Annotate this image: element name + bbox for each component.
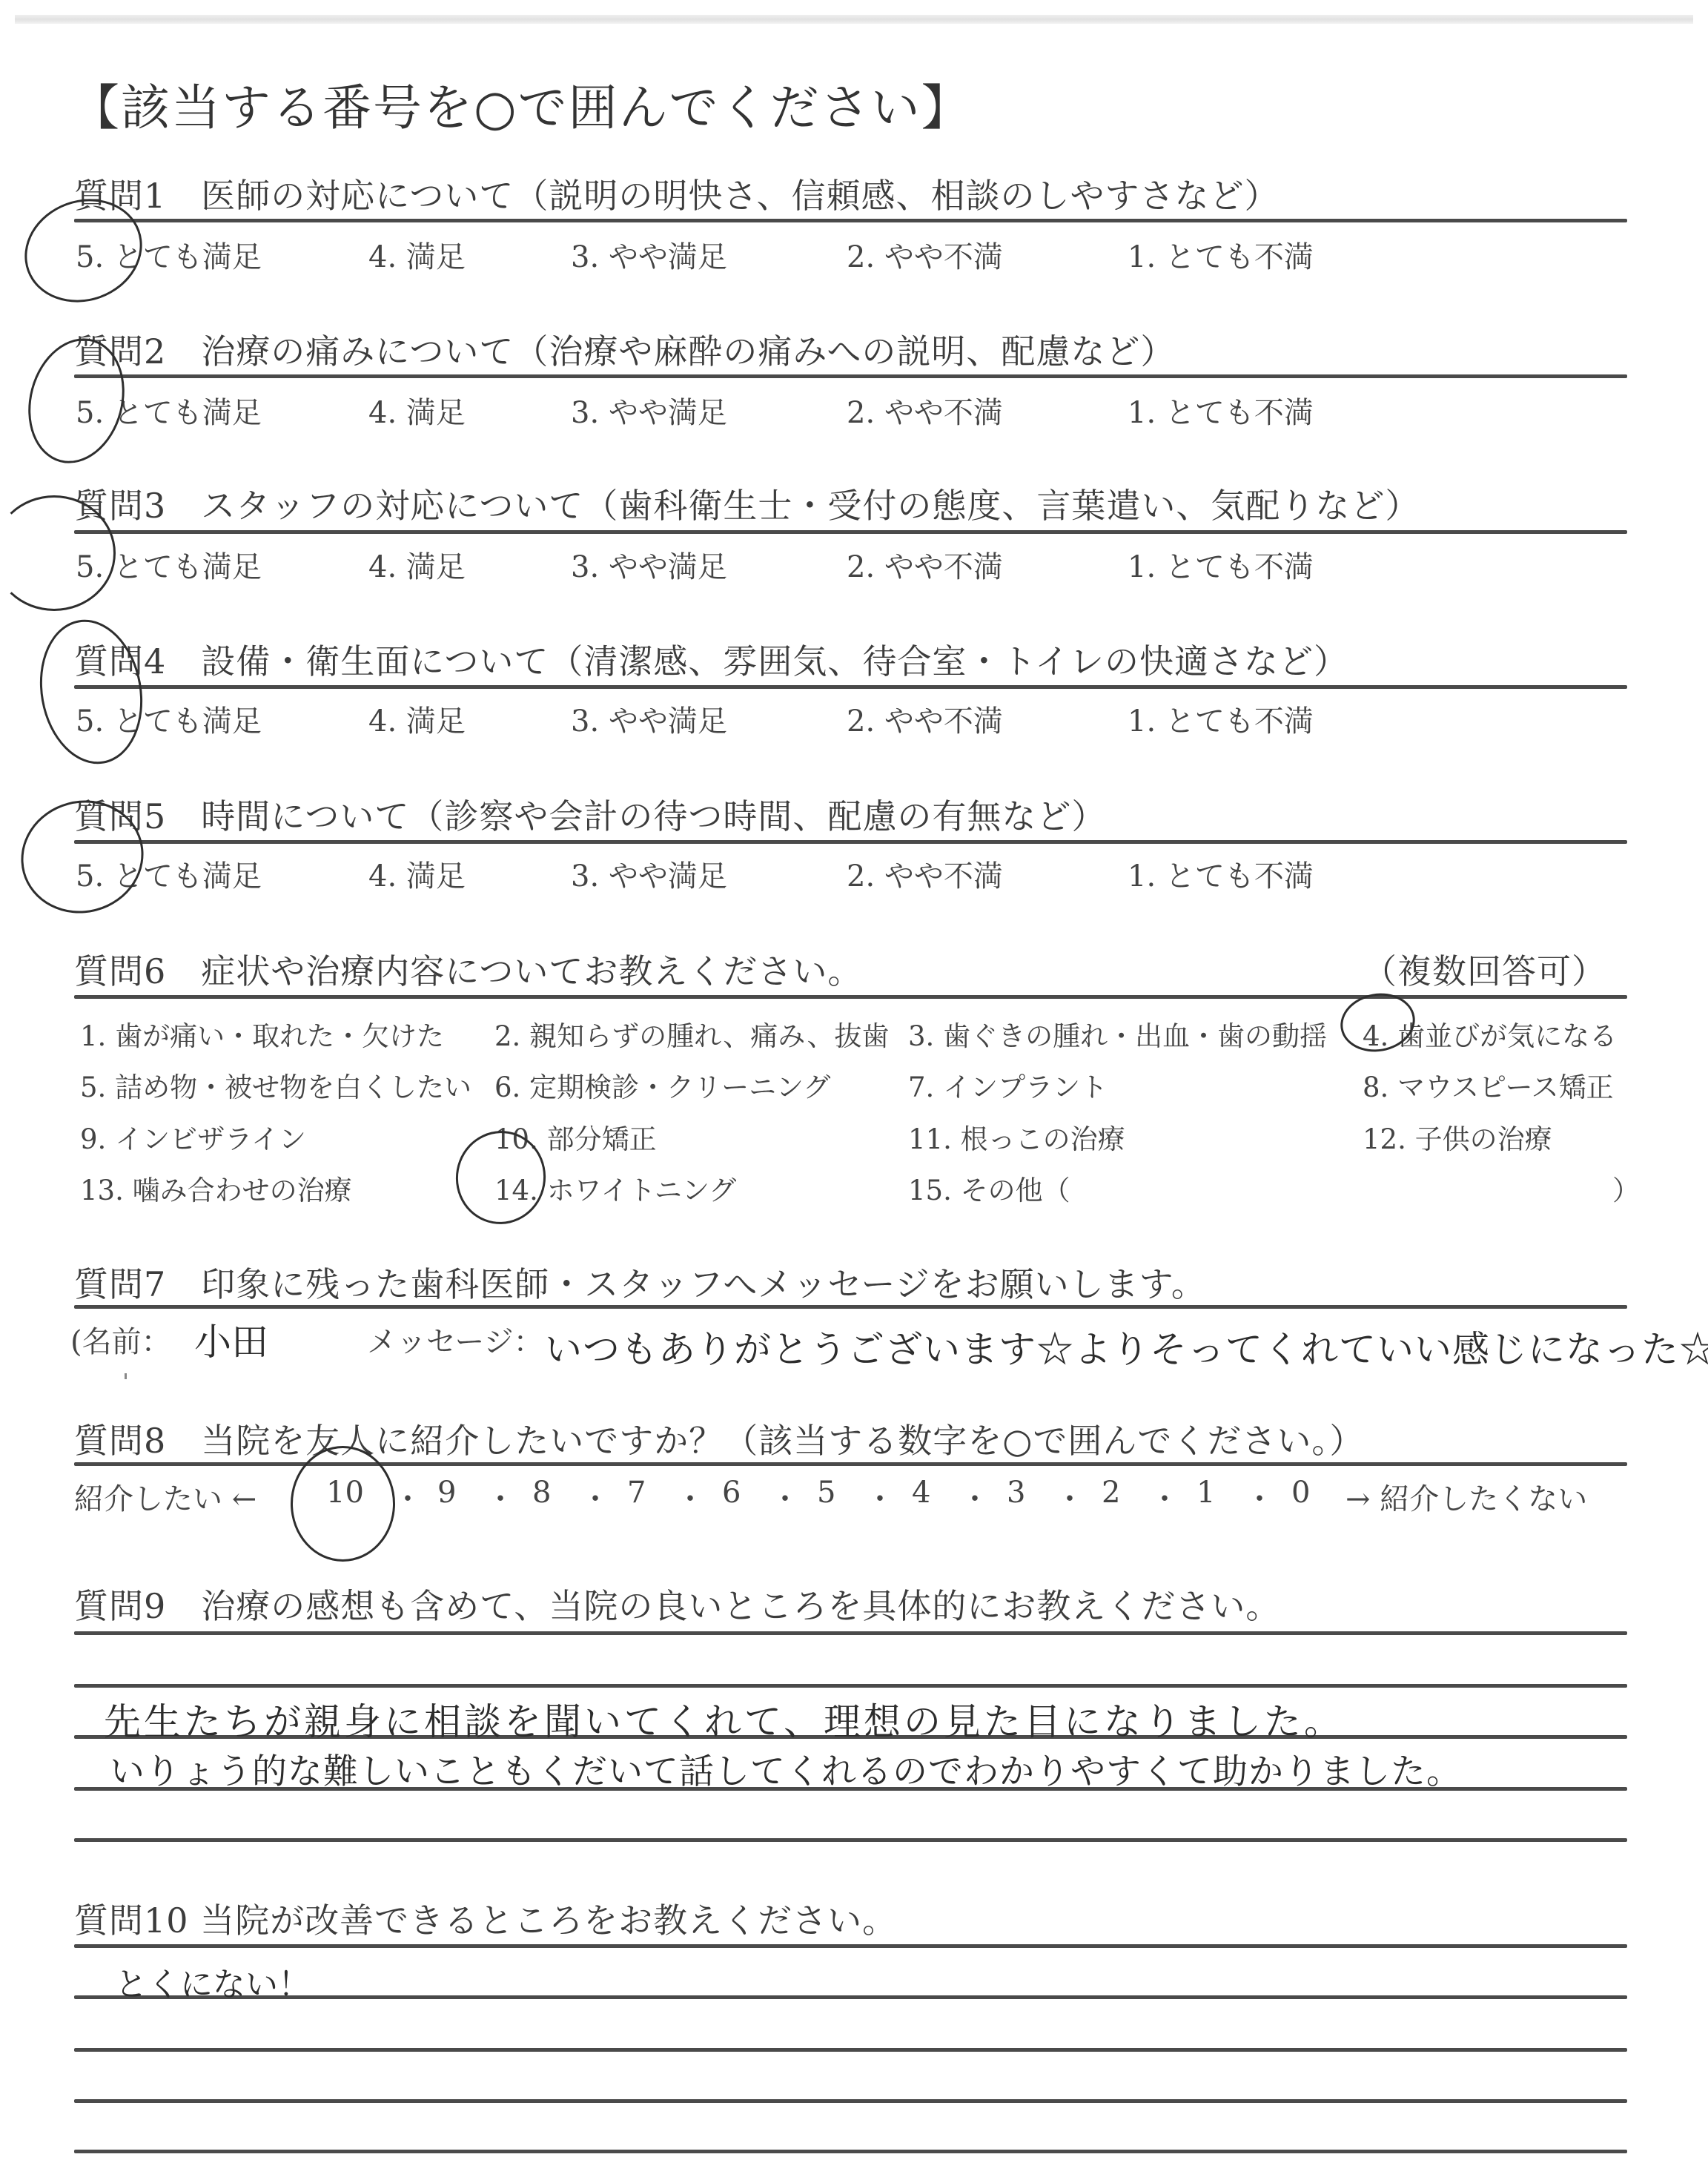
scan-speck <box>125 1373 127 1379</box>
q3-option-2[interactable]: 2. やや不満 <box>847 544 1003 586</box>
question-10-heading: 質問10 当院が改善できるところをお教えください。 <box>74 1894 897 1943</box>
q10-answer-line-1[interactable]: とくにない！ <box>115 1958 311 2005</box>
q5-option-2[interactable]: 2. やや不満 <box>847 853 1003 895</box>
question-10-rule-4 <box>74 2099 1627 2103</box>
q8-score-1[interactable]: 1 <box>1196 1476 1215 1510</box>
question-7-heading: 質問7 印象に残った歯科医師・スタッフへメッセージをお願いします。 <box>74 1258 1206 1307</box>
q7-name-value[interactable]: 小田 <box>194 1312 268 1366</box>
q8-separator: ・ <box>580 1476 610 1518</box>
q6-option-8[interactable]: 8. マウスピース矯正 <box>1363 1065 1614 1105</box>
q8-score-6[interactable]: 6 <box>722 1476 741 1510</box>
q6-option-1[interactable]: 1. 歯が痛い・取れた・欠けた <box>80 1014 444 1054</box>
q8-score-8[interactable]: 8 <box>532 1476 551 1510</box>
q7-message-value[interactable]: いつもありがとうございます☆よりそってくれていい感じになった☆ <box>545 1320 1708 1373</box>
question-5-heading: 質問5 時間について（診察や会計の待つ時間、配慮の有無など） <box>74 790 1106 839</box>
question-10-rule-3 <box>74 2048 1627 2052</box>
q2-option-1[interactable]: 1. とても不満 <box>1128 389 1314 432</box>
q8-score-0[interactable]: 0 <box>1291 1476 1310 1510</box>
q6-option-9[interactable]: 9. インビザライン <box>80 1117 306 1157</box>
q8-separator: ・ <box>770 1476 800 1518</box>
q8-separator: ・ <box>486 1476 515 1518</box>
q6-option-3[interactable]: 3. 歯ぐきの腫れ・出血・歯の動揺 <box>908 1014 1327 1054</box>
q8-separator: ・ <box>1150 1476 1179 1518</box>
q1-option-2[interactable]: 2. やや不満 <box>847 234 1003 276</box>
q7-message-label: メッセージ： <box>367 1318 543 1361</box>
q6-option-15-other[interactable]: 15. その他（ <box>908 1168 1070 1208</box>
q6-option-7[interactable]: 7. インプラント <box>908 1065 1108 1105</box>
q1-option-1[interactable]: 1. とても不満 <box>1128 234 1314 276</box>
q5-option-4[interactable]: 4. 満足 <box>368 853 466 895</box>
q2-option-4[interactable]: 4. 満足 <box>368 389 466 432</box>
q9-answer-line-2[interactable]: いりょう的な難しいこともくだいて話してくれるのでわかりやすくて助かりました。 <box>110 1744 1462 1794</box>
q8-score-4[interactable]: 4 <box>912 1476 930 1510</box>
q8-separator: ・ <box>393 1476 423 1518</box>
page-title: 【該当する番号を○で囲んでください】 <box>70 68 972 139</box>
q1-option-3[interactable]: 3. やや満足 <box>571 234 727 276</box>
q8-right-label: → 紹介したくない <box>1345 1476 1587 1518</box>
q4-option-4[interactable]: 4. 満足 <box>368 698 466 740</box>
question-4-heading: 質問4 設備・衛生面について（清潔感、雰囲気、待合室・トイレの快適さなど） <box>74 635 1348 684</box>
q3-option-4[interactable]: 4. 満足 <box>368 544 466 586</box>
q8-separator: ・ <box>1245 1476 1274 1518</box>
q5-option-3[interactable]: 3. やや満足 <box>571 853 727 895</box>
question-4-rule <box>74 685 1627 689</box>
question-6-multiple-note: （複数回答可） <box>1363 945 1606 994</box>
q6-option-5[interactable]: 5. 詰め物・被せ物を白くしたい <box>80 1065 471 1105</box>
question-9-rule-2 <box>74 1684 1627 1688</box>
q5-option-1[interactable]: 1. とても不満 <box>1128 853 1314 895</box>
question-10-rule-5 <box>74 2150 1627 2153</box>
q6-option-12[interactable]: 12. 子供の治療 <box>1363 1117 1552 1157</box>
q9-answer-line-1[interactable]: 先生たちが親身に相談を聞いてくれて、理想の見た目になりました。 <box>104 1692 1344 1745</box>
q2-option-3[interactable]: 3. やや満足 <box>571 389 727 432</box>
q2-option-2[interactable]: 2. やや不満 <box>847 389 1003 432</box>
question-7-rule <box>74 1305 1627 1309</box>
q6-option-2[interactable]: 2. 親知らずの腫れ、痛み、抜歯 <box>494 1014 890 1054</box>
q6-other-close-paren: ） <box>1612 1168 1640 1208</box>
q8-selection-circle <box>291 1446 395 1562</box>
question-5-rule <box>74 840 1627 844</box>
q8-separator: ・ <box>675 1476 705 1518</box>
q6-option-11[interactable]: 11. 根っこの治療 <box>908 1117 1125 1157</box>
question-3-heading: 質問3 スタッフの対応について（歯科衛生士・受付の態度、言葉遣い、気配りなど） <box>74 479 1420 528</box>
q3-selection-circle <box>0 495 116 611</box>
question-9-rule-5 <box>74 1838 1627 1842</box>
q6-option-6[interactable]: 6. 定期検診・クリーニング <box>494 1065 830 1105</box>
q8-score-5[interactable]: 5 <box>817 1476 835 1510</box>
q1-option-4[interactable]: 4. 満足 <box>368 234 466 276</box>
q4-option-2[interactable]: 2. やや不満 <box>847 698 1003 740</box>
q8-separator: ・ <box>865 1476 895 1518</box>
q3-option-3[interactable]: 3. やや満足 <box>571 544 727 586</box>
question-2-heading: 質問2 治療の痛みについて（治療や麻酔の痛みへの説明、配慮など） <box>74 325 1175 374</box>
question-10-rule-1 <box>74 1944 1627 1948</box>
q8-separator: ・ <box>1055 1476 1085 1518</box>
q8-score-7[interactable]: 7 <box>627 1476 646 1510</box>
q3-option-1[interactable]: 1. とても不満 <box>1128 544 1314 586</box>
q4-option-3[interactable]: 3. やや満足 <box>571 698 727 740</box>
q8-left-label: 紹介したい ← <box>74 1476 256 1518</box>
question-9-rule-1 <box>74 1631 1627 1635</box>
question-1-rule <box>74 219 1627 222</box>
question-9-heading: 質問9 治療の感想も含めて、当院の良いところを具体的にお教えください。 <box>74 1579 1280 1628</box>
question-6-heading: 質問6 症状や治療内容についてお教えください。 <box>74 945 862 994</box>
q4-option-1[interactable]: 1. とても不満 <box>1128 698 1314 740</box>
q7-name-label: (名前： <box>70 1318 171 1361</box>
q8-score-2[interactable]: 2 <box>1102 1476 1120 1510</box>
question-1-heading: 質問1 医師の対応について（説明の明快さ、信頼感、相談のしやすさなど） <box>74 169 1280 218</box>
question-8-heading: 質問8 当院を友人に紹介したいですか？（該当する数字を○で囲んでください。） <box>74 1414 1364 1463</box>
q8-separator: ・ <box>960 1476 990 1518</box>
question-3-rule <box>74 530 1627 534</box>
scan-top-edge <box>15 15 1693 24</box>
question-2-rule <box>74 374 1627 378</box>
q6-option-13[interactable]: 13. 噛み合わせの治療 <box>80 1168 352 1208</box>
q8-score-9[interactable]: 9 <box>437 1476 456 1510</box>
q8-score-3[interactable]: 3 <box>1007 1476 1025 1510</box>
